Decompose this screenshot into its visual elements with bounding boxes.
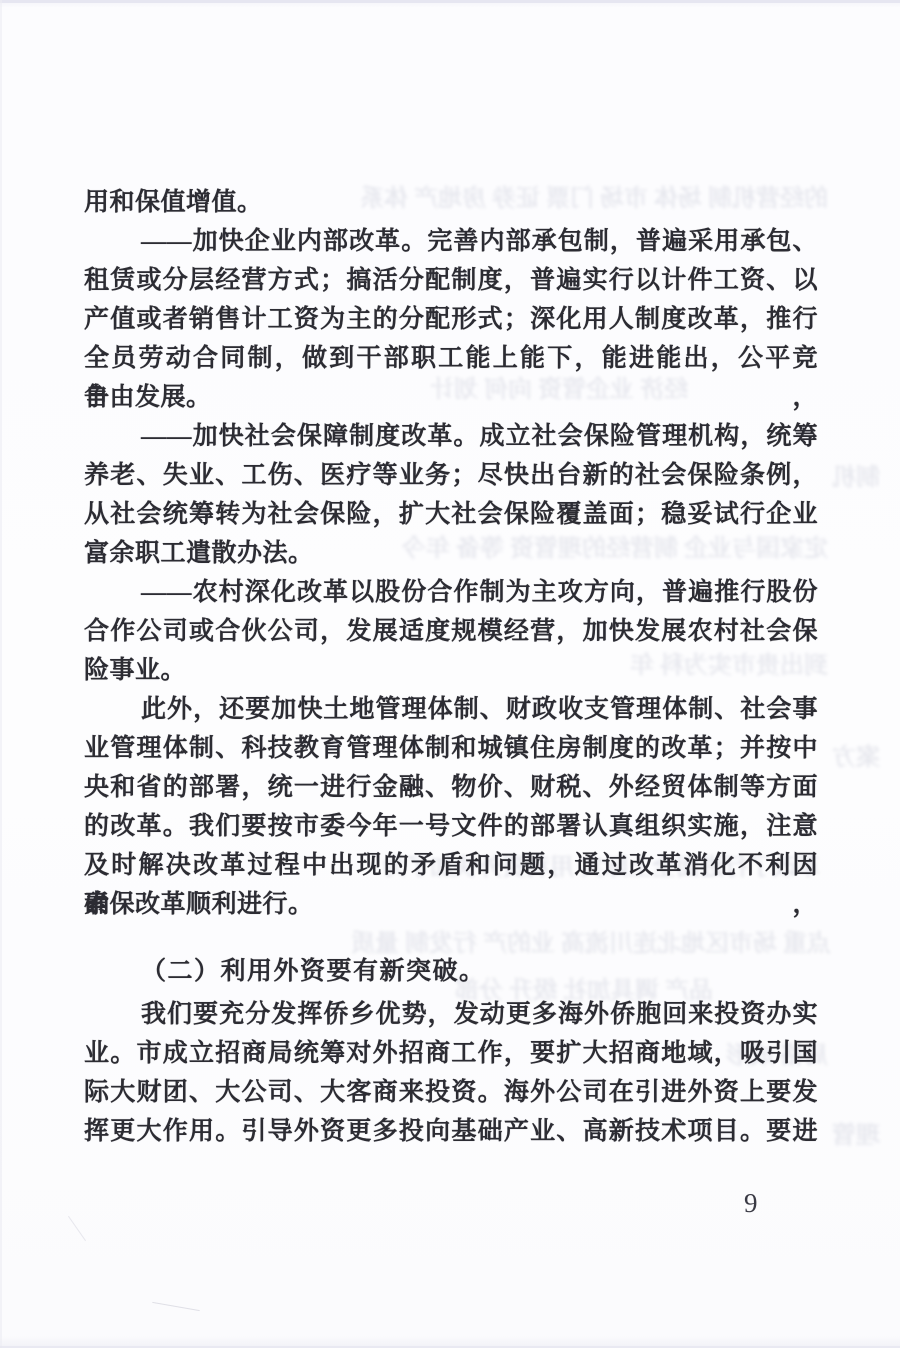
text-line: 合作公司或合伙公司，发展适度规模经营，加快发展农村社会保 [84, 612, 818, 651]
text-line: 央和省的部署，统一进行金融、物价、财税、外经贸体制等方面 [84, 768, 818, 807]
scan-scratch-mark [152, 1302, 199, 1311]
text-line: 全员劳动合同制，做到干部职工能上能下，能进能出，公平竞争， [84, 339, 818, 378]
text-line: 挥更大作用。引导外资更多投向基础产业、高新技术项目。要进 [84, 1112, 818, 1151]
text-line: 从社会统筹转为社会保险，扩大社会保险覆盖面；稳妥试行企业 [84, 495, 818, 534]
scan-edge-top [0, 0, 900, 3]
bleedthrough-text: 理管 [822, 1120, 880, 1152]
page-number: 9 [744, 1188, 758, 1219]
bleedthrough-text: 案方 [822, 742, 880, 774]
text-line: 及时解决改革过程中出现的矛盾和问题，通过改革消化不利因素， [84, 846, 818, 885]
text-line: 养老、失业、工伤、医疗等业务；尽快出台新的社会保险条例， [84, 456, 818, 495]
scan-edge-left [0, 0, 2, 1348]
text-line: 富余职工遣散办法。 [84, 534, 818, 573]
bleedthrough-text: 制机 [822, 462, 880, 494]
section-heading: （二）利用外资要有新突破。 [84, 952, 818, 991]
text-line: 产值或者销售计工资为主的分配形式；深化用人制度改革，推行 [84, 300, 818, 339]
document-text-block: 用和保值增值。 ——加快企业内部改革。完善内部承包制，普遍采用承包、 租赁或分层… [84, 183, 818, 1151]
text-line: 我们要充分发挥侨乡优势，发动更多海外侨胞回来投资办实 [84, 995, 818, 1034]
text-line: 业。市成立招商局统筹对外招商工作，要扩大招商地域，吸引国 [84, 1034, 818, 1073]
text-line: ——加快社会保障制度改革。成立社会保险管理机构，统筹 [84, 417, 818, 456]
text-line: ——农村深化改革以股份合作制为主攻方向，普遍推行股份 [84, 573, 818, 612]
text-line: 业管理体制、科技教育管理体制和城镇住房制度的改革；并按中 [84, 729, 818, 768]
scan-scratch-mark [68, 1216, 86, 1241]
text-line: 租赁或分层经营方式；搞活分配制度，普遍实行以计件工资、以 [84, 261, 818, 300]
text-line: 险事业。 [84, 651, 818, 690]
text-line: 用和保值增值。 [84, 183, 818, 222]
text-line: 际大财团、大公司、大客商来投资。海外公司在引进外资上要发 [84, 1073, 818, 1112]
text-line: 此外，还要加快土地管理体制、财政收支管理体制、社会事 [84, 690, 818, 729]
text-line: ——加快企业内部改革。完善内部承包制，普遍采用承包、 [84, 222, 818, 261]
scanned-document-page: 的经营机制 场体 市场 门票 证券 房地产 体系 经济 业企管资 向何 划计 制… [0, 0, 900, 1348]
text-line: 的改革。我们要按市委今年一号文件的部署认真组织实施，注意 [84, 807, 818, 846]
